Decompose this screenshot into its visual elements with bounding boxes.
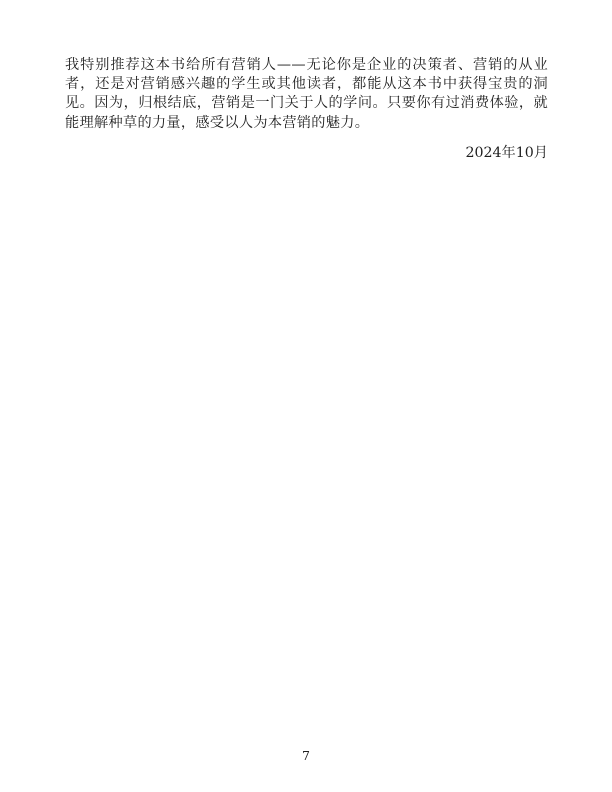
page-number: 7 (0, 748, 612, 764)
publication-date: 2024年10月 (65, 144, 548, 163)
body-paragraph: 我特别推荐这本书给所有营销人——无论你是企业的决策者、营销的从业者，还是对营销感… (65, 56, 548, 133)
document-page: 我特别推荐这本书给所有营销人——无论你是企业的决策者、营销的从业者，还是对营销感… (0, 0, 612, 792)
